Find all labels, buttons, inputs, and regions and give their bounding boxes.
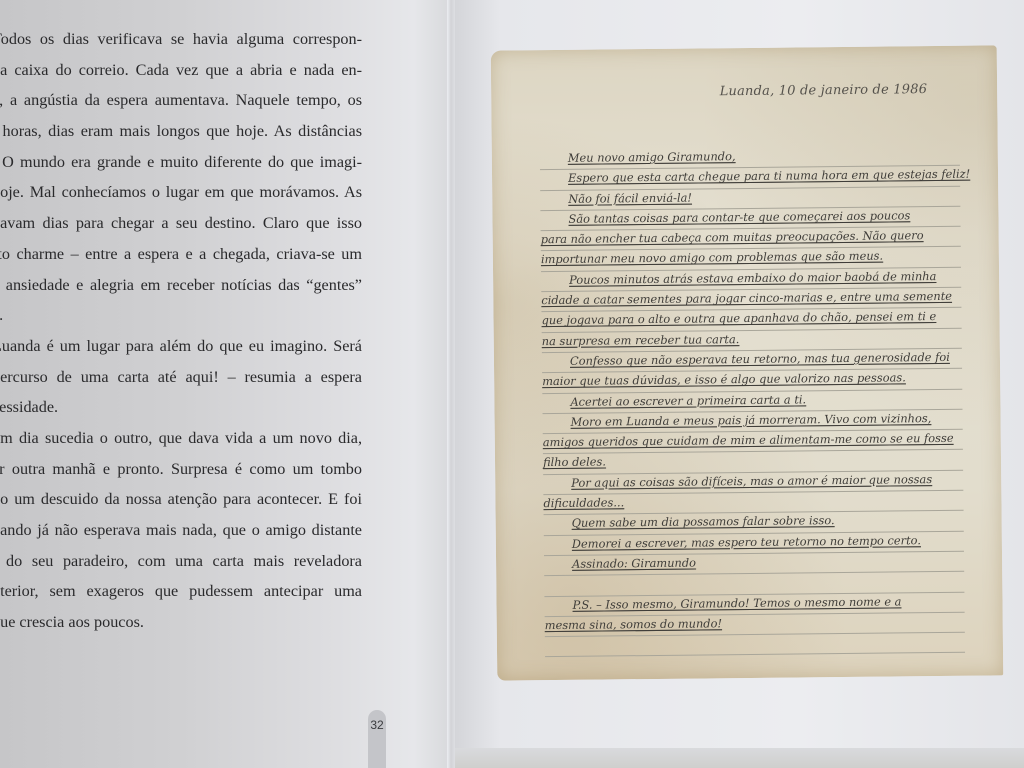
text-line: e ansiedade e alegria em receber notícia… xyxy=(0,270,362,301)
letter-body: Meu novo amigo Giramundo, Espero que est… xyxy=(540,146,965,658)
text-line: um dia sucedia o outro, que dava vida a … xyxy=(0,423,362,454)
text-line: vavam dias para chegar a seu destino. Cl… xyxy=(0,208,362,239)
open-book-spread: Todos os dias verificava se havia alguma… xyxy=(0,0,1024,768)
text-line: . O mundo era grande e muito diferente d… xyxy=(0,147,362,178)
text-line: que crescia aos poucos. xyxy=(0,607,362,638)
text-line: rto charme – entre a espera e a chegada,… xyxy=(0,239,362,270)
letter-date: Luanda, 10 de janeiro de 1986 xyxy=(720,82,928,99)
text-line: l do seu paradeiro, com uma carta mais r… xyxy=(0,546,362,577)
left-page-text: Todos os dias verificava se havia alguma… xyxy=(0,24,362,638)
text-line: hoje. Mal conhecíamos o lugar em que mor… xyxy=(0,177,362,208)
text-line: nterior, sem exageros que pudessem antec… xyxy=(0,576,362,607)
text-line: ar outra manhã e pronto. Surpresa é como… xyxy=(0,454,362,485)
handwritten-letter: Luanda, 10 de janeiro de 1986 Meu novo a… xyxy=(491,45,1004,680)
text-line: , horas, dias eram mais longos que hoje.… xyxy=(0,116,362,147)
text-line: percurso de uma carta até aqui! – resumi… xyxy=(0,362,362,393)
text-line: cessidade. xyxy=(0,392,362,423)
text-line: Todos os dias verificava se havia alguma… xyxy=(0,24,362,55)
text-line: uando já não esperava mais nada, que o a… xyxy=(0,515,362,546)
page-edge xyxy=(455,748,1024,768)
text-line: na caixa do correio. Cada vez que a abri… xyxy=(0,55,362,86)
text-line: e. xyxy=(0,300,362,331)
letter-line-blank xyxy=(545,633,965,658)
text-line: a, a angústia da espera aumentava. Naque… xyxy=(0,85,362,116)
left-page: Todos os dias verificava se havia alguma… xyxy=(0,0,450,768)
text-line: do um descuido da nossa atenção para aco… xyxy=(0,484,362,515)
text-line: Luanda é um lugar para além do que eu im… xyxy=(0,331,362,362)
page-number: 32 xyxy=(364,718,390,732)
